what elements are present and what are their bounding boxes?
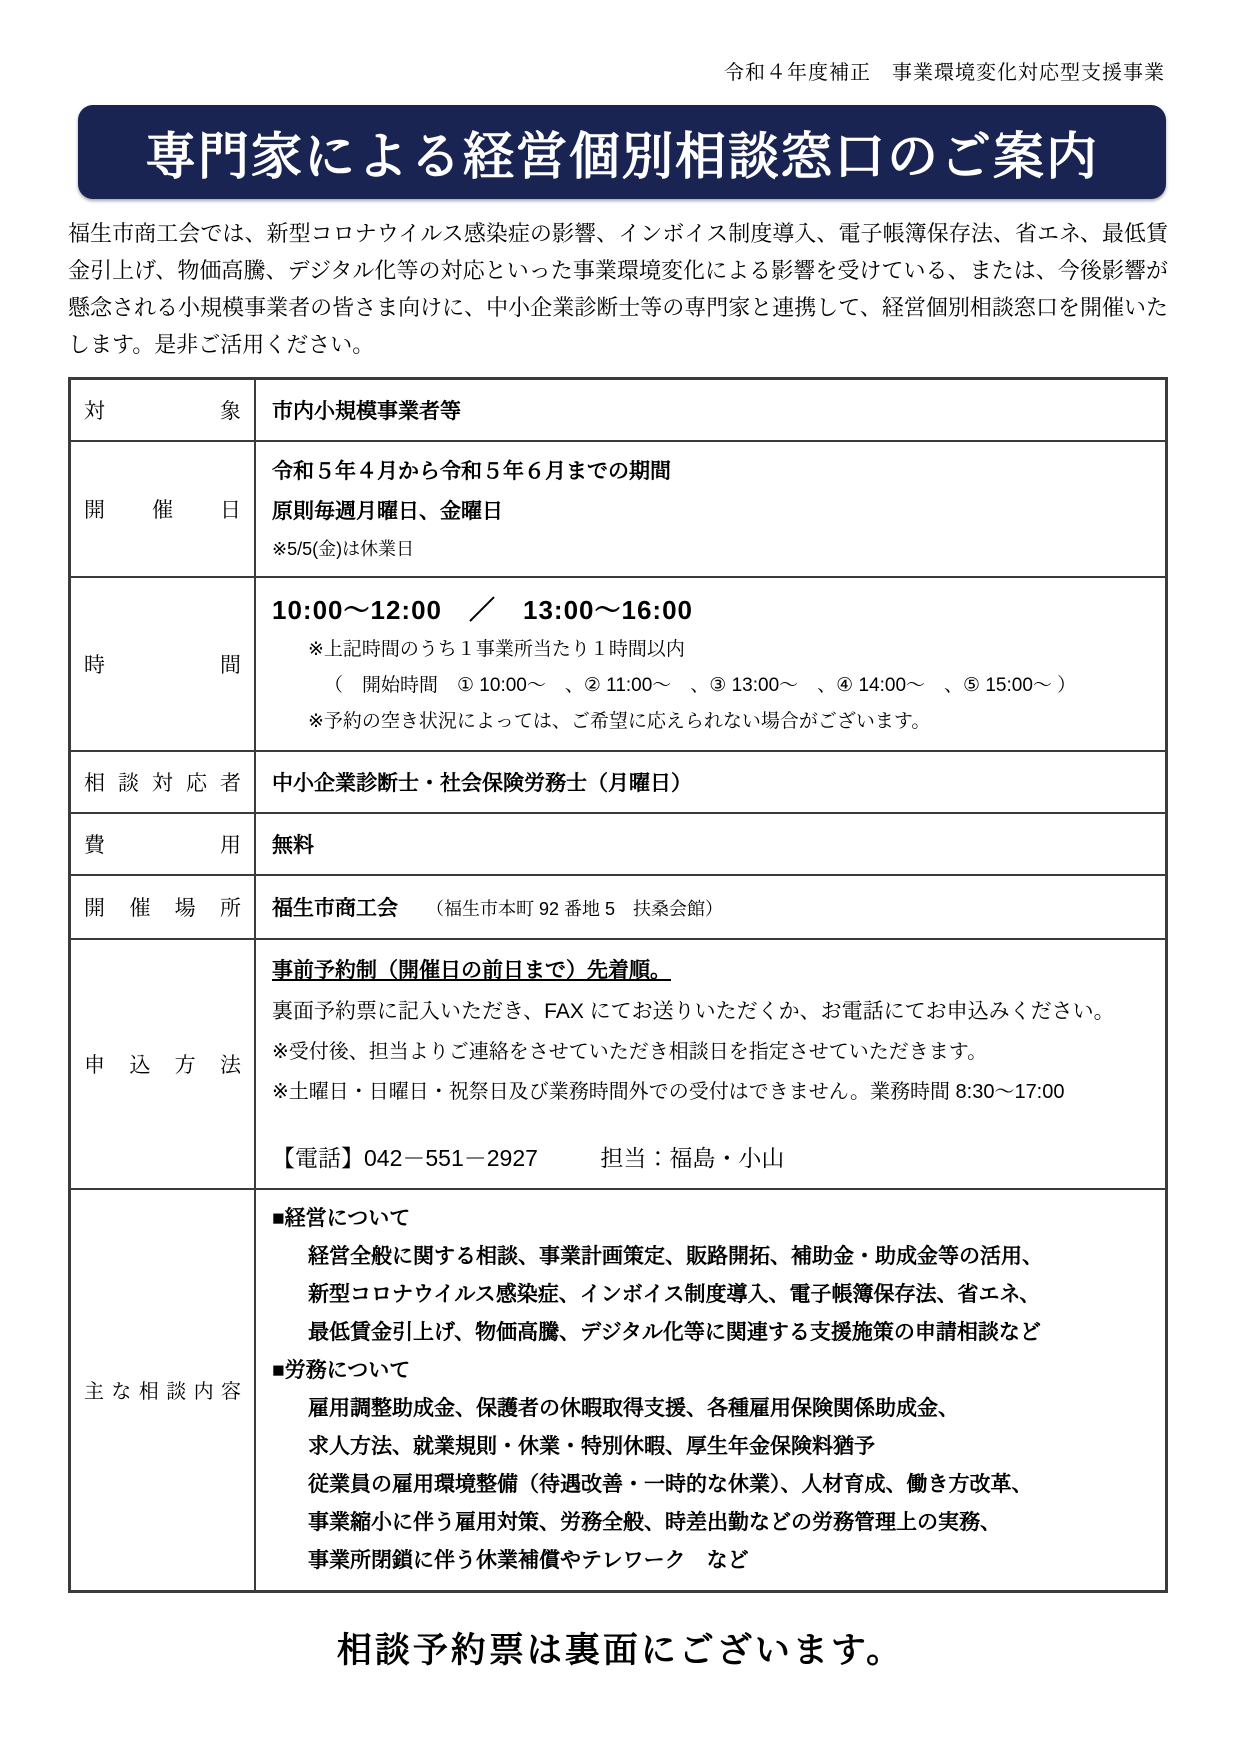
application-line2: ※受付後、担当よりご連絡をさせていただき相談日を指定させていただきます。 xyxy=(272,1032,1149,1072)
application-line3: ※土曜日・日曜日・祝祭日及び業務時間外での受付はできません。業務時間 8:30～… xyxy=(272,1072,1149,1112)
dates-days: 原則毎週月曜日、金曜日 xyxy=(272,492,1149,532)
page-title: 専門家による経営個別相談窓口のご案内 xyxy=(145,115,1099,189)
title-banner: 専門家による経営個別相談窓口のご案内 xyxy=(78,105,1166,199)
footer-note: 相談予約票は裏面にございます。 xyxy=(0,1623,1241,1673)
topics-labor-line: 求人方法、就業規則・休業・特別休暇、厚生年金保険料猶予 xyxy=(272,1428,1149,1466)
intro-paragraph: 福生市商工会では、新型コロナウイルス感染症の影響、インボイス制度導入、電子帳簿保… xyxy=(68,215,1168,363)
dates-period: 令和５年４月から令和５年６月までの期間 xyxy=(272,452,1149,492)
consultation-table: 対象 市内小規模事業者等 開催日 令和５年４月から令和５年６月までの期間 原則毎… xyxy=(68,377,1168,1593)
table-row-topics: 主な相談内容 ■経営について 経営全般に関する相談、事業計画策定、販路開拓、補助… xyxy=(70,1189,1167,1592)
topics-management-line: 経営全般に関する相談、事業計画策定、販路開拓、補助金・助成金等の活用、 xyxy=(272,1238,1149,1276)
venue-name: 福生市商工会 xyxy=(272,897,398,920)
topics-labor-line: 事業縮小に伴う雇用対策、労務全般、時差出勤などの労務管理上の実務、 xyxy=(272,1504,1149,1542)
program-label: 令和４年度補正 事業環境変化対応型支援事業 xyxy=(0,0,1241,85)
table-row-target: 対象 市内小規模事業者等 xyxy=(70,379,1167,441)
topics-labor-header: ■労務について xyxy=(272,1352,1149,1390)
hours-main: 10:00～12:00 ／ 13:00～16:00 xyxy=(272,588,1149,632)
venue-address: （福生市本町 92 番地 5 扶桑会館） xyxy=(426,899,723,919)
hours-slots: （ 開始時間 ① 10:00～ 、② 11:00～ 、③ 13:00～ 、④ 1… xyxy=(272,668,1149,704)
row-label-venue: 開催場所 xyxy=(70,875,256,939)
consultant-value: 中小企業診断士・社会保険労務士（月曜日） xyxy=(272,772,692,795)
row-label-target: 対象 xyxy=(70,379,256,441)
table-row-fee: 費用 無料 xyxy=(70,813,1167,875)
row-label-consultant: 相談対応者 xyxy=(70,751,256,813)
row-label-application: 申込方法 xyxy=(70,939,256,1189)
table-row-consultant: 相談対応者 中小企業診断士・社会保険労務士（月曜日） xyxy=(70,751,1167,813)
row-label-fee: 費用 xyxy=(70,813,256,875)
table-row-hours: 時間 10:00～12:00 ／ 13:00～16:00 ※上記時間のうち１事業… xyxy=(70,577,1167,751)
row-label-dates: 開催日 xyxy=(70,441,256,577)
hours-note2: ※予約の空き状況によっては、ご希望に応えられない場合がございます。 xyxy=(272,704,1149,740)
hours-note1: ※上記時間のうち１事業所当たり１時間以内 xyxy=(272,632,1149,668)
topics-labor-line: 事業所閉鎖に伴う休業補償やテレワーク など xyxy=(272,1542,1149,1580)
dates-note: ※5/5(金)は休業日 xyxy=(272,532,1149,566)
table-row-application: 申込方法 事前予約制（開催日の前日まで）先着順。 裏面予約票に記入いただき、FA… xyxy=(70,939,1167,1189)
topics-management-line: 最低賃金引上げ、物価高騰、デジタル化等に関連する支援施策の申請相談など xyxy=(272,1314,1149,1352)
target-value: 市内小規模事業者等 xyxy=(272,400,461,423)
table-row-dates: 開催日 令和５年４月から令和５年６月までの期間 原則毎週月曜日、金曜日 ※5/5… xyxy=(70,441,1167,577)
topics-management-line: 新型コロナウイルス感染症、インボイス制度導入、電子帳簿保存法、省エネ、 xyxy=(272,1276,1149,1314)
topics-labor-line: 従業員の雇用環境整備（待遇改善・一時的な休業）、人材育成、働き方改革、 xyxy=(272,1466,1149,1504)
row-label-hours: 時間 xyxy=(70,577,256,751)
application-headline: 事前予約制（開催日の前日まで）先着順。 xyxy=(272,950,1149,992)
topics-management-header: ■経営について xyxy=(272,1200,1149,1238)
table-row-venue: 開催場所 福生市商工会（福生市本町 92 番地 5 扶桑会館） xyxy=(70,875,1167,939)
row-label-topics: 主な相談内容 xyxy=(70,1189,256,1592)
application-phone: 【電話】042－551－2927 xyxy=(272,1145,538,1171)
topics-labor-line: 雇用調整助成金、保護者の休暇取得支援、各種雇用保険関係助成金、 xyxy=(272,1390,1149,1428)
application-line1: 裏面予約票に記入いただき、FAX にてお送りいただくか、お電話にてお申込みくださ… xyxy=(272,992,1149,1032)
fee-value: 無料 xyxy=(272,834,314,857)
application-contact: 担当：福島・小山 xyxy=(600,1145,784,1171)
